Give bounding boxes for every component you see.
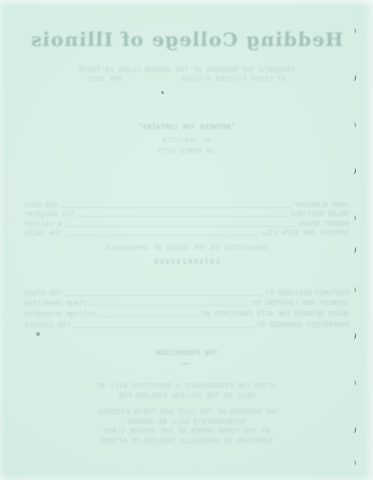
cast-name: DOROTHY AND RUTH HILL [261, 230, 349, 238]
bleed-through-ghost-layer: Hedding College of Illinois PRESENTS THE… [0, 0, 373, 480]
credit-role: the juniors [24, 322, 70, 330]
dot-leader [65, 295, 262, 296]
ghost-credits-list: COSTUMES DESIGNED BY the class SCENERY A… [24, 287, 349, 330]
credit-row: SCENERY AND LIGHTING BY stage committee [24, 298, 349, 309]
ghost-cast-list: JOHN ALBRIGHT the host HELEN HASTINGS hi… [24, 200, 349, 238]
dot-leader [90, 305, 249, 306]
cast-row: JOHN ALBRIGHT the host [24, 200, 349, 210]
cast-role: the twins [24, 230, 62, 238]
dot-leader [65, 235, 258, 236]
ghost-center-note: CHARACTERS IN THE ORDER OF APPEARANCE [24, 245, 349, 253]
cast-row: HELEN HASTINGS his daughter [24, 210, 349, 220]
credit-row: MUSIC BETWEEN THE ACTS FURNISHED BY coll… [24, 308, 349, 319]
binding-hole-mark [352, 75, 357, 82]
binding-hole-mark [352, 122, 356, 128]
binding-hole-mark [352, 380, 356, 386]
credit-name: PROPERTIES ARRANGED BY [257, 322, 349, 330]
credit-row: COSTUMES DESIGNED BY the class [24, 287, 349, 298]
ghost-footer-line: EVERYONE IS CORDIALLY INVITED TO ATTEND [24, 438, 349, 446]
ghost-college-header: Hedding College of Illinois [24, 29, 349, 51]
ghost-intermission-line: INTERMISSION [24, 259, 349, 267]
cast-role: a visitor [24, 221, 62, 229]
ghost-play-title: "BETWEEN THE CURTAINS" [24, 124, 349, 132]
credit-name: COSTUMES DESIGNED BY [265, 290, 349, 298]
ghost-section-heading: THE PRODUCTION [24, 350, 349, 358]
cast-role: his daughter [24, 211, 74, 219]
paper-speck [36, 332, 40, 336]
dot-leader [73, 327, 253, 328]
credit-row: PROPERTIES ARRANGED BY the juniors [24, 319, 349, 330]
binding-hole-mark [352, 333, 357, 340]
cast-role: the host [24, 202, 58, 210]
ghost-subheader-line2: AT EIGHT FIFTEEN O'CLOCK MAY 16th [24, 76, 349, 84]
binding-hole-mark [352, 247, 357, 254]
ink-speck [161, 91, 164, 94]
binding-hole-mark [352, 460, 356, 466]
binding-hole-mark [352, 215, 356, 221]
cast-row: DOROTHY AND RUTH HILL the twins [24, 229, 349, 239]
binding-hole-mark [352, 287, 356, 293]
credit-role: stage committee [24, 300, 87, 308]
ghost-subheader-line1: PRESENTS THE MEMBERS OF THE SENIOR CLASS… [24, 67, 349, 75]
cast-name: JOHN ALBRIGHT [294, 202, 349, 210]
binding-hole-mark [352, 427, 357, 434]
credit-role: college orchestra [24, 311, 95, 319]
ghost-subheader-line2-left: AT EIGHT FIFTEEN O'CLOCK [180, 76, 286, 84]
ghost-footer-line: HELD IN THE COLLEGE PARLORS FOR [24, 393, 349, 401]
credit-role: the class [24, 290, 62, 298]
binding-hole-mark [352, 168, 357, 175]
cast-name: ROBERT SEARS [299, 221, 349, 229]
cast-name: HELEN HASTINGS [290, 211, 349, 219]
scanned-page: Hedding College of Illinois PRESENTS THE… [0, 0, 373, 480]
ghost-footer-line: THE MEMBERS OF THE CAST AND THEIR FRIEND… [24, 409, 349, 417]
dot-leader [98, 316, 199, 317]
binding-hole-mark [352, 28, 356, 34]
ghost-subheader-line2-right: MAY 16th [87, 76, 122, 84]
ghost-title-subline2: IN THREE ACTS [24, 148, 349, 156]
dot-leader [61, 207, 292, 208]
ghost-footer-line: BY THE YOUNG WOMEN OF THE JUNIOR CLASS [24, 428, 349, 436]
ghost-divider-mark [24, 359, 349, 367]
dot-leader [77, 216, 287, 217]
ghost-title-subline1: an operetta [24, 137, 349, 145]
ghost-footer-line: REFRESHMENTS WILL BE SERVED [24, 419, 349, 427]
ghost-footer-line: AFTER THE PERFORMANCE A RECEPTION WILL B… [24, 383, 349, 391]
dot-leader [65, 226, 296, 227]
cast-row: ROBERT SEARS a visitor [24, 219, 349, 229]
credit-name: MUSIC BETWEEN THE ACTS FURNISHED BY [202, 311, 349, 319]
credit-name: SCENERY AND LIGHTING BY [252, 300, 349, 308]
